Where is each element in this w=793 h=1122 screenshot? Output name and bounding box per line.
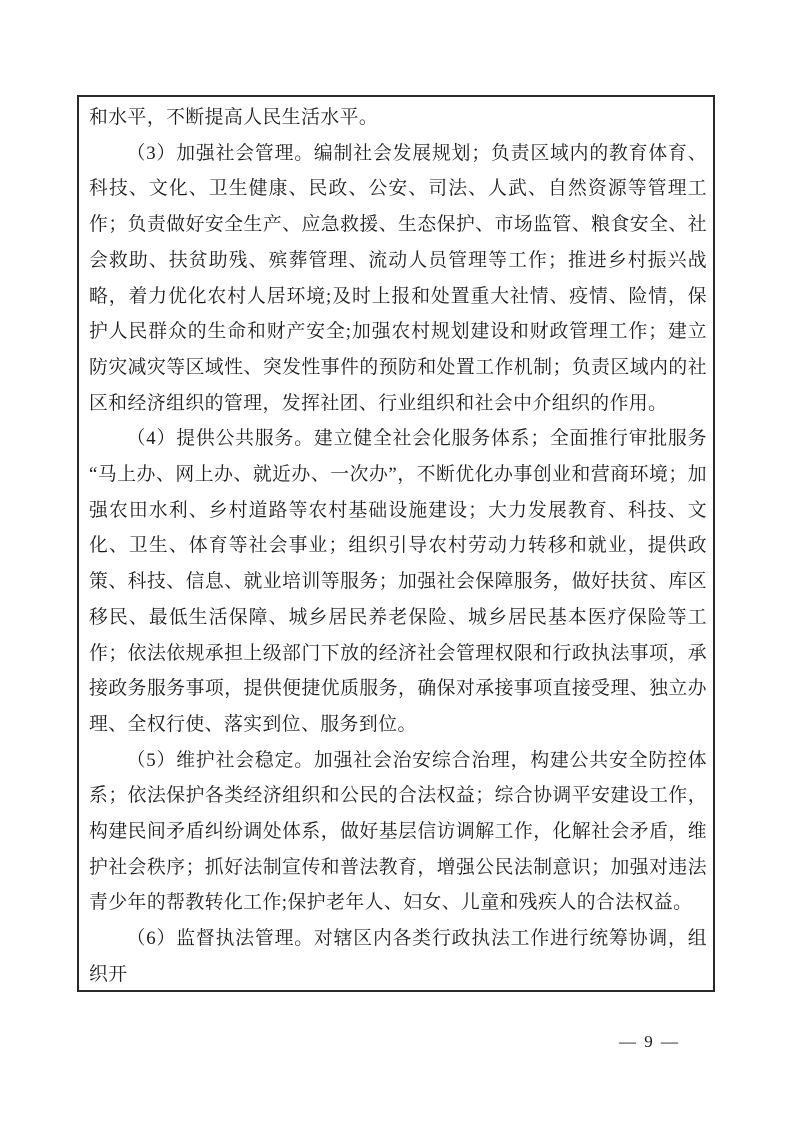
page-number: — 9 — <box>0 1032 680 1052</box>
paragraph-continuation: 和水平，不断提高人民生活水平。 <box>89 100 707 136</box>
document-page: 和水平，不断提高人民生活水平。 （3）加强社会管理。编制社会发展规划；负责区域内… <box>0 0 793 1122</box>
paragraph-item-4-public-services: （4）提供公共服务。建立健全社会化服务体系；全面推行审批服务“马上办、网上办、就… <box>89 421 707 742</box>
paragraph-item-3-social-management: （3）加强社会管理。编制社会发展规划；负责区域内的教育体育、科技、文化、卫生健康… <box>89 136 707 422</box>
paragraph-item-6-law-enforcement: （6）监督执法管理。对辖区内各类行政执法工作进行统筹协调，组织开 <box>89 921 707 992</box>
document-table-cell: 和水平，不断提高人民生活水平。 （3）加强社会管理。编制社会发展规划；负责区域内… <box>77 95 715 992</box>
paragraph-item-5-social-stability: （5）维护社会稳定。加强社会治安综合治理，构建公共安全防控体系；依法保护各类经济… <box>89 743 707 922</box>
